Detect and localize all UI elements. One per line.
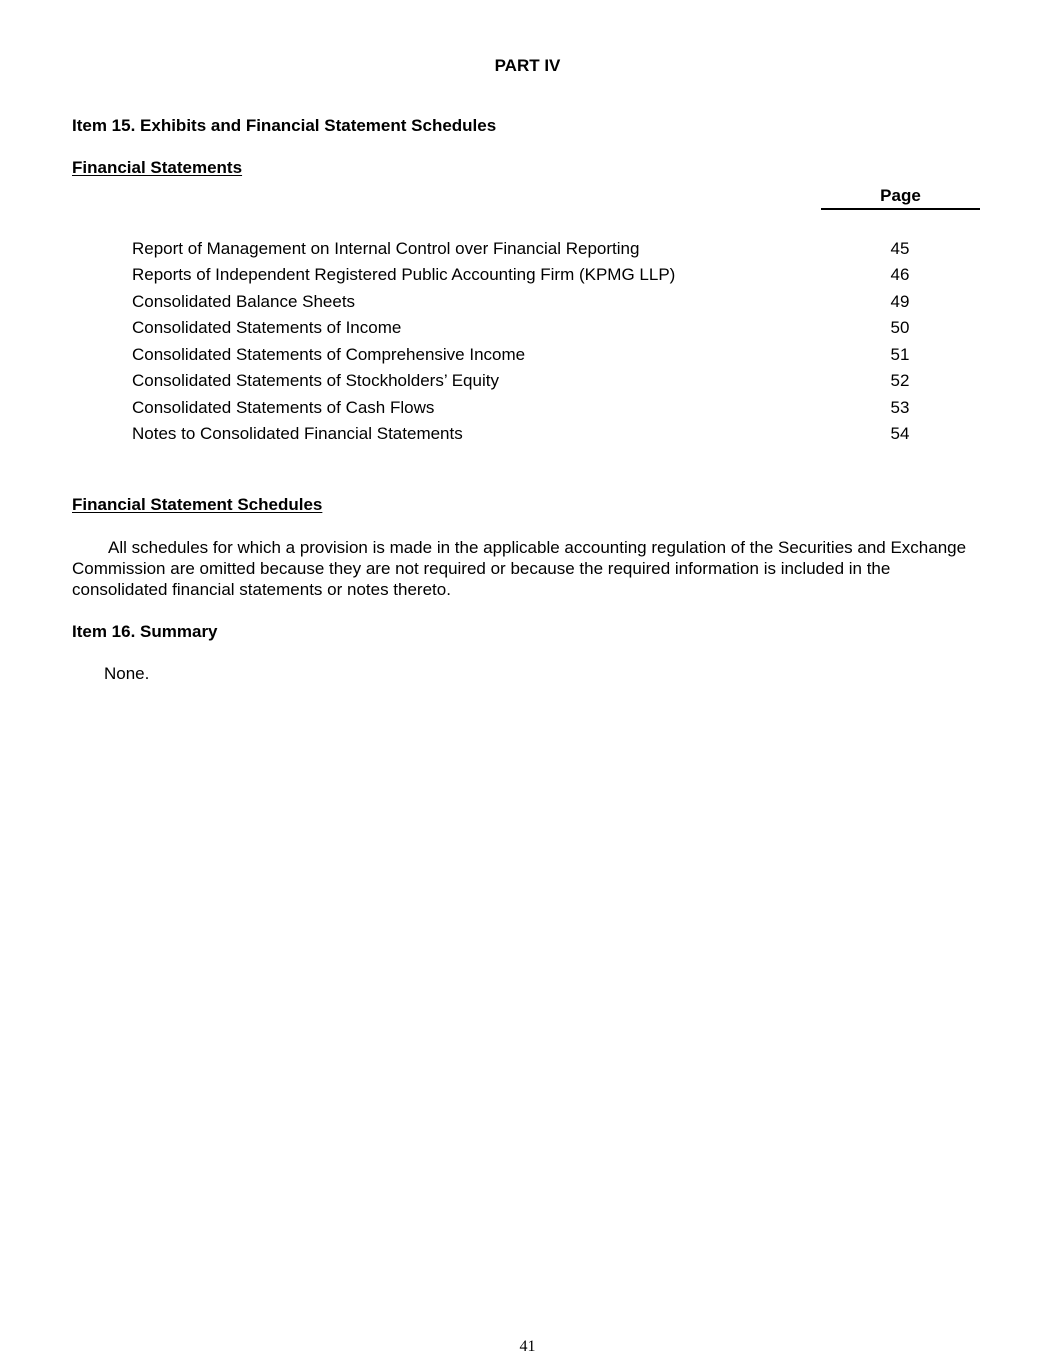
index-row-page: 46 (872, 265, 928, 285)
page-column-header: Page (821, 186, 980, 206)
index-row-page: 51 (872, 345, 928, 365)
item-16-heading: Item 16. Summary (72, 622, 218, 642)
index-row-page: 52 (872, 371, 928, 391)
index-row: Reports of Independent Registered Public… (132, 265, 932, 291)
index-row: Consolidated Statements of Comprehensive… (132, 345, 932, 371)
part-title: PART IV (0, 56, 1055, 76)
index-row-page: 54 (872, 424, 928, 444)
index-row-page: 49 (872, 292, 928, 312)
page-column-rule (821, 208, 980, 210)
index-row-title: Reports of Independent Registered Public… (132, 265, 675, 285)
index-row-page: 50 (872, 318, 928, 338)
item-15-heading: Item 15. Exhibits and Financial Statemen… (72, 116, 496, 136)
index-row-title: Consolidated Balance Sheets (132, 292, 355, 312)
index-row: Consolidated Balance Sheets 49 (132, 292, 932, 318)
financial-statements-heading: Financial Statements (72, 158, 242, 178)
index-row-title: Notes to Consolidated Financial Statemen… (132, 424, 463, 444)
item-16-body: None. (104, 664, 149, 684)
index-row: Consolidated Statements of Stockholders’… (132, 371, 932, 397)
index-row: Consolidated Statements of Cash Flows 53 (132, 398, 932, 424)
index-row-page: 45 (872, 239, 928, 259)
index-row: Notes to Consolidated Financial Statemen… (132, 424, 932, 450)
index-row-title: Consolidated Statements of Stockholders’… (132, 371, 499, 391)
index-row-title: Consolidated Statements of Income (132, 318, 401, 338)
schedules-heading: Financial Statement Schedules (72, 495, 322, 515)
index-row-title: Consolidated Statements of Comprehensive… (132, 345, 525, 365)
index-row: Consolidated Statements of Income 50 (132, 318, 932, 344)
index-row-title: Consolidated Statements of Cash Flows (132, 398, 434, 418)
schedules-paragraph: All schedules for which a provision is m… (72, 537, 987, 600)
page-number: 41 (0, 1338, 1055, 1356)
index-row-title: Report of Management on Internal Control… (132, 239, 639, 259)
index-row: Report of Management on Internal Control… (132, 239, 932, 265)
index-row-page: 53 (872, 398, 928, 418)
